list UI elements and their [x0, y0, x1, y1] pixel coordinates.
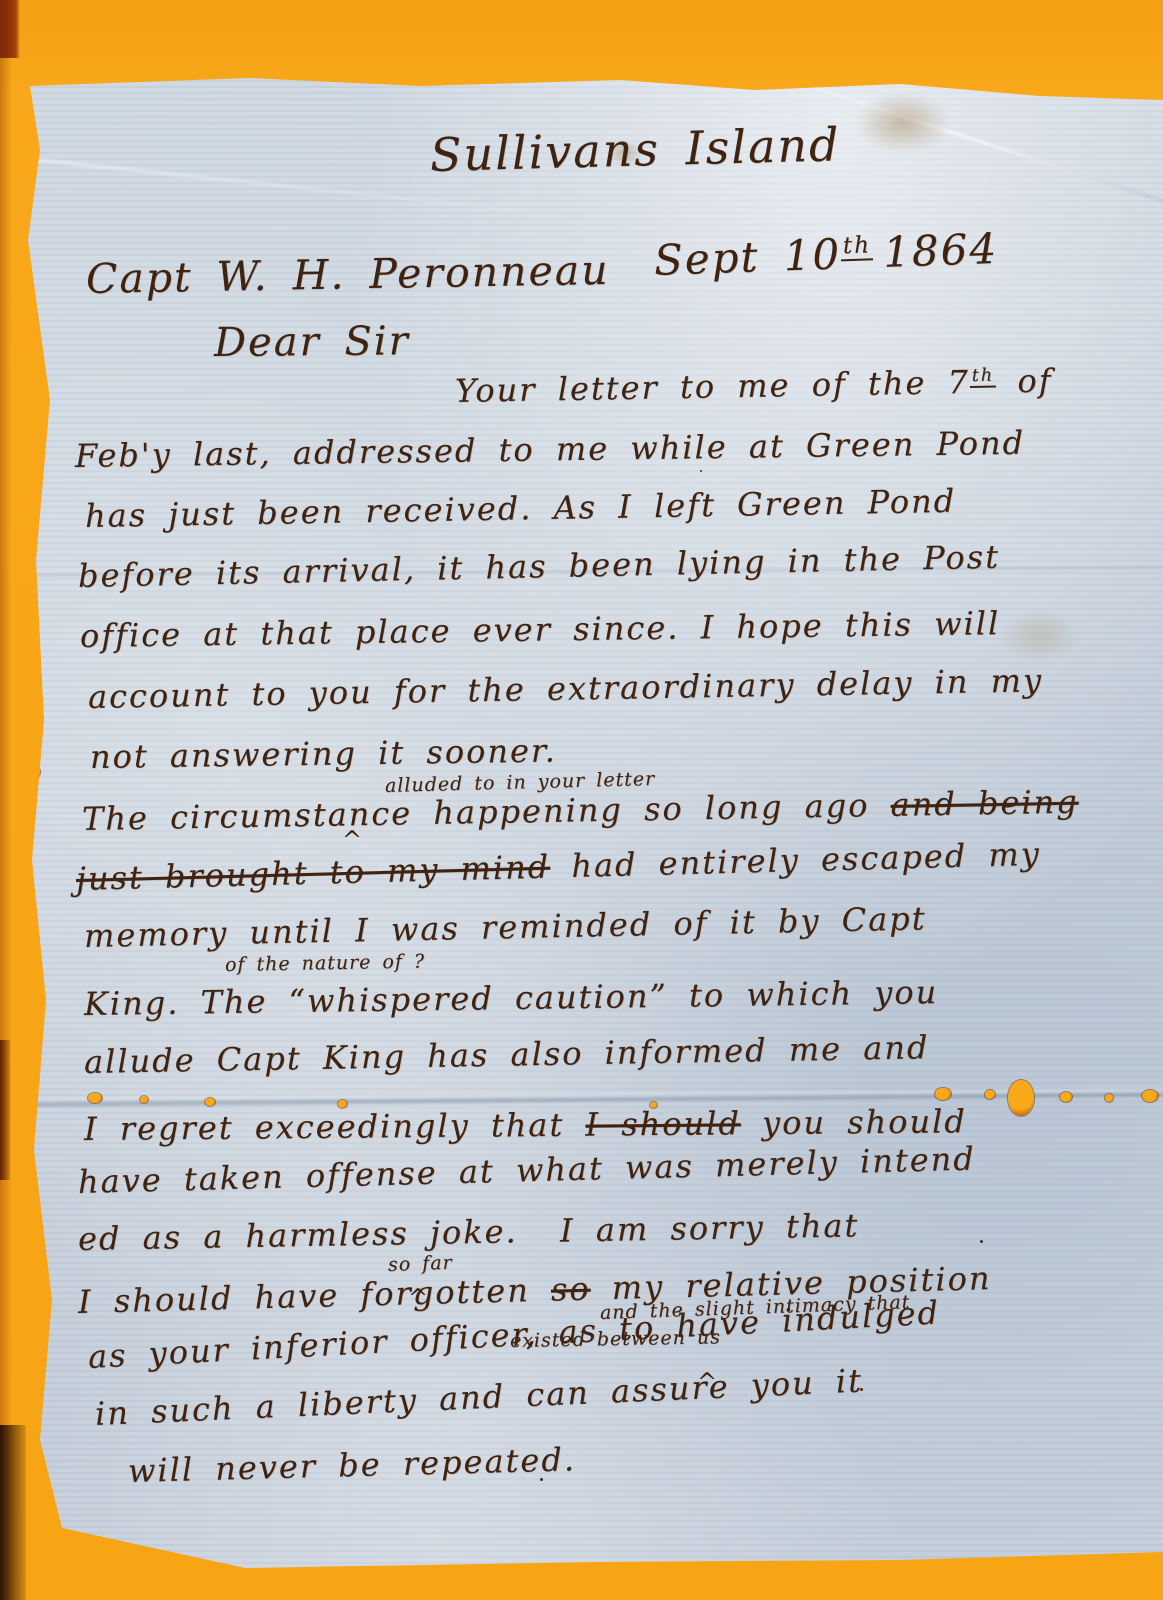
letter-text: I regret exceedingly that [84, 1106, 586, 1148]
damage-spot [650, 1102, 657, 1108]
paper-speck [540, 1478, 543, 1481]
damage-spot [1142, 1090, 1158, 1102]
damage-spot [88, 1093, 102, 1103]
letter-text: in such a liberty and can assure you it [94, 1361, 864, 1432]
letter-text: so far [388, 1252, 453, 1276]
board-edge-bottom-left [0, 1425, 26, 1600]
paper-speck [115, 878, 118, 881]
letter-text: you should [741, 1102, 967, 1142]
letter-text: have taken offense at what was merely in… [78, 1140, 977, 1201]
letter-text: The circumstance happening so long ago [82, 786, 891, 838]
damage-spot [205, 1098, 215, 1106]
stain-right-mid [1000, 610, 1080, 662]
letter-line: not answering it sooner. [90, 731, 557, 776]
damage-spot [30, 766, 40, 778]
letter-text: will never be repeated. [128, 1440, 577, 1490]
letter-text: King. The “whispered caution” to which y… [84, 973, 939, 1023]
struck-out-text: I should [585, 1104, 741, 1143]
letter-text: had entirely escaped my [550, 835, 1042, 886]
struck-out-text: so [550, 1270, 591, 1309]
damage-spot [24, 1010, 32, 1020]
caret-mark: ^ [697, 1368, 717, 1396]
letter-text: not answering it sooner. [90, 731, 557, 776]
paper-speck [860, 1388, 863, 1391]
damage-spot [935, 1088, 951, 1100]
letter-paper: Sullivans Island Sept 10th1864 Capt W. H… [0, 0, 1163, 1600]
letter-text: Feb'y last, addressed to me while at Gre… [75, 424, 1026, 475]
letter-text: account to you for the extraordinary del… [88, 661, 1044, 716]
caret-mark: ^ [342, 826, 362, 854]
damage-spot [1008, 1080, 1034, 1116]
letter-line: in such a liberty and can assure you it [94, 1361, 864, 1432]
letter-line: Your letter to me of the 7th of [455, 362, 1053, 410]
letter-text: of the nature of ? [225, 951, 426, 976]
damage-spot [140, 1096, 148, 1103]
stain-top [855, 92, 950, 154]
letter-text: of [996, 362, 1053, 401]
recipient-line: Capt W. H. Peronneau [86, 246, 610, 303]
board-edge-left-mid [0, 1040, 10, 1180]
letter-line: The circumstance happening so long ago a… [82, 783, 1079, 838]
letter-line: account to you for the extraordinary del… [88, 661, 1044, 716]
letter-text: Your letter to me of the 7 [455, 363, 971, 410]
letter-line: before its arrival, it has been lying in… [78, 538, 1001, 595]
date-ordinal-suffix: th [840, 232, 873, 261]
letter-text: before its arrival, it has been lying in… [78, 538, 1001, 595]
letter-text: I should have forgotten [78, 1271, 552, 1321]
damage-spot [1105, 1094, 1113, 1102]
salutation-line: Dear Sir [214, 318, 410, 366]
damage-spot [1060, 1092, 1072, 1102]
damage-spot [985, 1090, 995, 1099]
damage-spot [18, 1115, 30, 1149]
letter-text: has just been received. As I left Green … [85, 482, 957, 535]
date-month-day: Sept 10 [653, 229, 842, 285]
struck-out-text: just brought to my mind [76, 848, 551, 898]
letter-line: has just been received. As I left Green … [85, 482, 957, 535]
letter-text: office at that place ever since. I hope … [80, 604, 1001, 655]
letter-text: memory until I was reminded of it by Cap… [84, 899, 927, 955]
letter-line: I regret exceedingly that I should you s… [84, 1102, 967, 1148]
letter-line: memory until I was reminded of it by Cap… [84, 899, 927, 955]
letter-text: allude Capt King has also informed me an… [84, 1028, 930, 1081]
place-line: Sullivans Island [429, 117, 841, 182]
scanned-letter-photo: Sullivans Island Sept 10th1864 Capt W. H… [0, 0, 1163, 1600]
paper-speck [300, 640, 302, 642]
letter-text: ed as a harmless joke. I am sorry that [78, 1206, 860, 1258]
paper-speck [980, 1240, 983, 1243]
caret-mark: ^ [408, 1284, 428, 1312]
letter-line: Feb'y last, addressed to me while at Gre… [75, 424, 1026, 475]
letter-line: have taken offense at what was merely in… [78, 1140, 977, 1201]
insertion-note: so far [388, 1252, 453, 1276]
letter-line: just brought to my mind had entirely esc… [76, 835, 1042, 898]
board-edge-left [0, 0, 12, 1600]
superscript-text: th [970, 366, 997, 388]
letter-line: ed as a harmless joke. I am sorry that [78, 1206, 860, 1258]
letter-line: office at that place ever since. I hope … [80, 604, 1001, 655]
struck-out-text: and being [890, 783, 1079, 824]
letter-line: allude Capt King has also informed me an… [84, 1028, 930, 1081]
letter-line: King. The “whispered caution” to which y… [84, 973, 939, 1023]
paper-speck [700, 470, 702, 472]
insertion-note: of the nature of ? [225, 951, 426, 976]
letter-line: will never be repeated. [128, 1440, 577, 1490]
date-year: 1864 [882, 224, 999, 277]
damage-spot [338, 1100, 347, 1108]
